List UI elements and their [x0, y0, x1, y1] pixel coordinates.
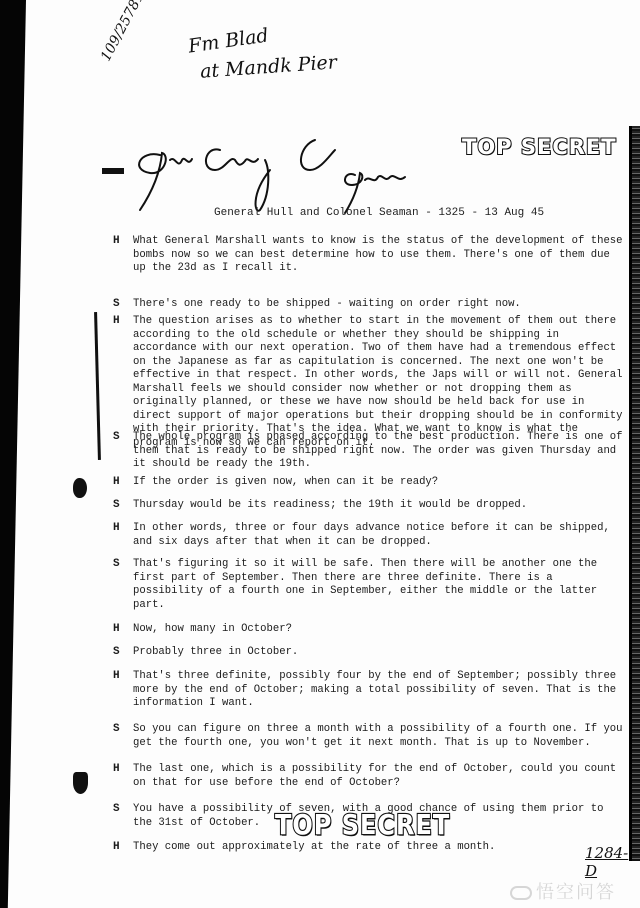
- document-number: 1284-D: [585, 844, 640, 880]
- transcript-entry: HNow, how many in October?: [113, 623, 628, 637]
- transcript-entry: SThe whole program is phased according t…: [113, 431, 628, 472]
- speaker-text: The whole program is phased according to…: [133, 431, 628, 472]
- transcript-entry: HThey come out approximately at the rate…: [113, 841, 628, 855]
- speaker-label: S: [113, 558, 120, 570]
- speaker-label: H: [113, 623, 120, 635]
- ink-blot: [73, 772, 88, 794]
- speaker-label: S: [113, 803, 120, 815]
- handwritten-note-line2: at Mandk Pier: [199, 51, 337, 82]
- speaker-label: H: [113, 670, 120, 682]
- speaker-text: Probably three in October.: [133, 646, 628, 660]
- speaker-text: They come out approximately at the rate …: [133, 841, 628, 855]
- transcript-entry: HThat's three definite, possibly four by…: [113, 670, 628, 711]
- watermark-logo-icon: [510, 886, 532, 900]
- speaker-text: There's one ready to be shipped - waitin…: [133, 298, 628, 312]
- speaker-text: So you can figure on three a month with …: [133, 723, 628, 750]
- speaker-text: In other words, three or four days advan…: [133, 522, 628, 549]
- transcript-entry: SThere's one ready to be shipped - waiti…: [113, 298, 628, 312]
- document-page: 109/25781A1 Fm Blad at Mandk Pier TOP SE…: [0, 0, 640, 908]
- speaker-label: H: [113, 841, 120, 853]
- speaker-text: Thursday would be its readiness; the 19t…: [133, 499, 628, 513]
- speaker-text: That's three definite, possibly four by …: [133, 670, 628, 711]
- speaker-text: Now, how many in October?: [133, 623, 628, 637]
- top-secret-stamp-bottom: TOP SECRET: [275, 809, 450, 841]
- transcript-entry: SThursday would be its readiness; the 19…: [113, 499, 628, 513]
- speaker-label: S: [113, 723, 120, 735]
- scan-edge-left: [0, 0, 26, 908]
- speaker-text: What General Marshall wants to know is t…: [133, 235, 628, 276]
- transcript-entry: HThe question arises as to whether to st…: [113, 315, 628, 450]
- speaker-label: H: [113, 315, 120, 327]
- top-secret-stamp-top: TOP SECRET: [462, 135, 617, 159]
- document-header: General Hull and Colonel Seaman - 1325 -…: [214, 207, 544, 219]
- watermark: 悟空问答: [510, 878, 616, 904]
- transcript-entry: HIf the order is given now, when can it …: [113, 476, 628, 490]
- ink-blot: [73, 478, 87, 498]
- speaker-text: That's figuring it so it will be safe. T…: [133, 558, 628, 612]
- speaker-label: H: [113, 476, 120, 488]
- transcript-entry: SProbably three in October.: [113, 646, 628, 660]
- transcript-entry: HIn other words, three or four days adva…: [113, 522, 628, 549]
- margin-bracket: [94, 312, 101, 460]
- speaker-label: H: [113, 522, 120, 534]
- handwritten-signature: [120, 125, 450, 215]
- speaker-label: S: [113, 298, 120, 310]
- handwritten-note-line1: Fm Blad: [187, 24, 270, 57]
- speaker-label: S: [113, 431, 120, 443]
- watermark-text: 悟空问答: [536, 882, 616, 903]
- speaker-label: H: [113, 235, 120, 247]
- transcript-entry: SSo you can figure on three a month with…: [113, 723, 628, 750]
- speaker-label: H: [113, 763, 120, 775]
- speaker-label: S: [113, 646, 120, 658]
- speaker-label: S: [113, 499, 120, 511]
- speaker-text: The last one, which is a possibility for…: [133, 763, 628, 790]
- handwritten-reference: 109/25781A1: [98, 0, 157, 64]
- transcript-entry: SThat's figuring it so it will be safe. …: [113, 558, 628, 612]
- transcript-entry: HThe last one, which is a possibility fo…: [113, 763, 628, 790]
- scan-edge-right: [629, 126, 640, 861]
- speaker-text: If the order is given now, when can it b…: [133, 476, 628, 490]
- speaker-text: The question arises as to whether to sta…: [133, 315, 628, 450]
- transcript-entry: HWhat General Marshall wants to know is …: [113, 235, 628, 276]
